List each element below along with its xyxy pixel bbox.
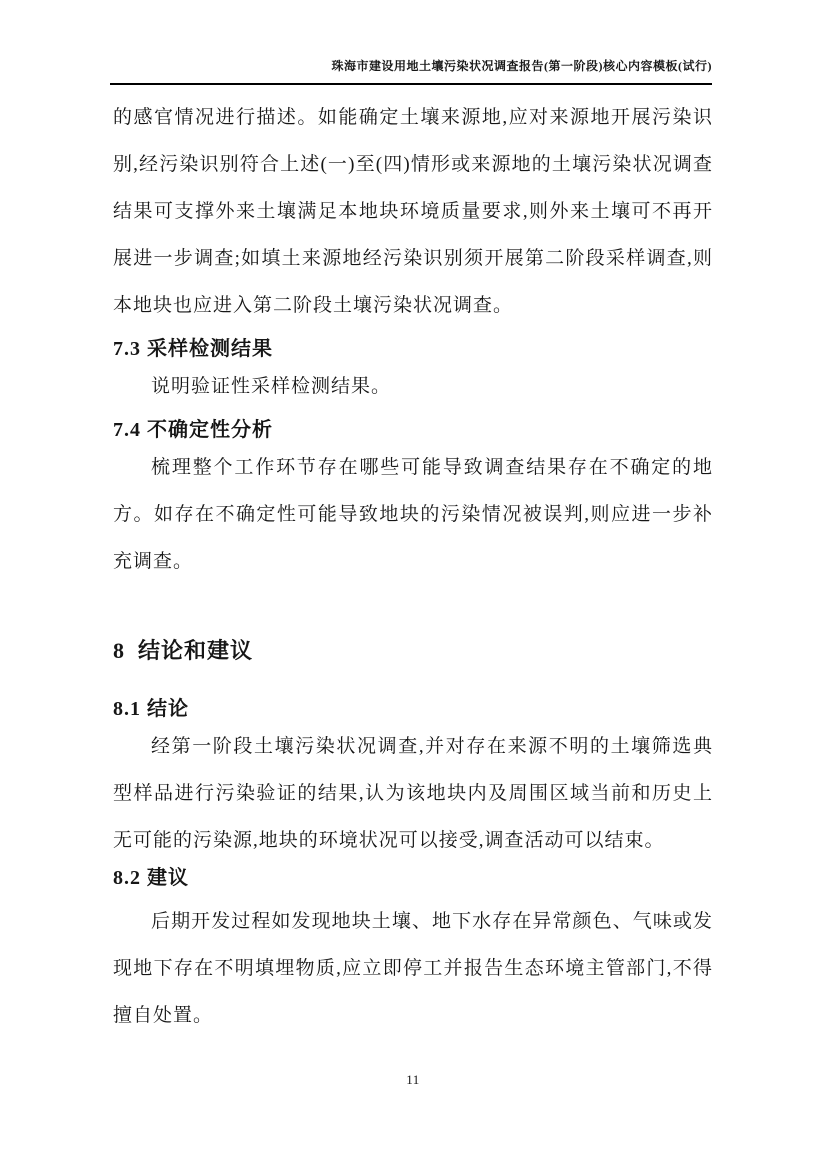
page-header: 珠海市建设用地土壤污染状况调查报告(第一阶段)核心内容模板(试行)	[110, 57, 712, 85]
heading-7-3: 7.3 采样检测结果	[113, 335, 713, 363]
paragraph-7-3: 说明验证性采样检测结果。	[113, 363, 713, 410]
page-number: 11	[406, 1072, 420, 1087]
paragraph-8-2: 后期开发过程如发现地块土壤、地下水存在异常颜色、气味或发现地下存在不明填埋物质,…	[113, 898, 713, 1039]
paragraph-8-1: 经第一阶段土壤污染状况调查,并对存在来源不明的土壤筛选典型样品进行污染验证的结果…	[113, 723, 713, 864]
heading-8-2: 8.2 建议	[113, 864, 713, 892]
header-title: 珠海市建设用地土壤污染状况调查报告(第一阶段)核心内容模板(试行)	[332, 59, 713, 73]
document-body: 的感官情况进行描述。如能确定土壤来源地,应对来源地开展污染识别,经污染识别符合上…	[113, 94, 713, 1039]
document-page: 珠海市建设用地土壤污染状况调查报告(第一阶段)核心内容模板(试行) 的感官情况进…	[0, 0, 826, 1169]
paragraph-7-4: 梳理整个工作环节存在哪些可能导致调查结果存在不确定的地方。如存在不确定性可能导致…	[113, 444, 713, 585]
heading-8: 8 结论和建议	[113, 635, 713, 667]
page-footer: 11	[0, 1072, 826, 1088]
heading-7-4: 7.4 不确定性分析	[113, 416, 713, 444]
intro-paragraph: 的感官情况进行描述。如能确定土壤来源地,应对来源地开展污染识别,经污染识别符合上…	[113, 94, 713, 329]
heading-8-1: 8.1 结论	[113, 695, 713, 723]
